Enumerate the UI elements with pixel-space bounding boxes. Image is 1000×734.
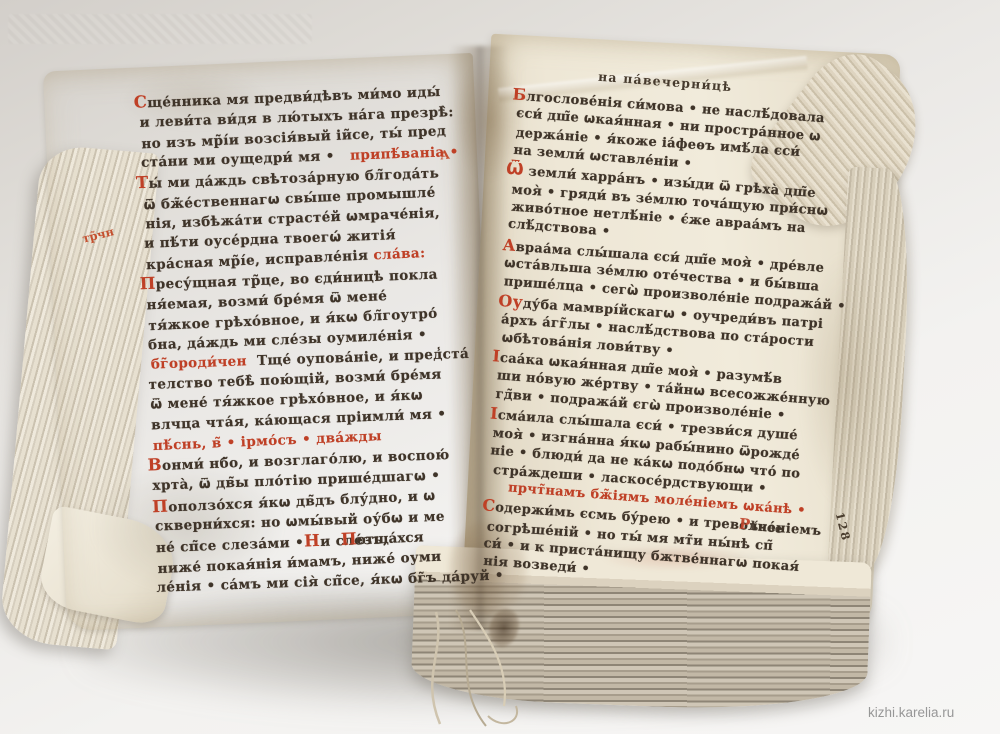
binding-threads — [398, 606, 618, 732]
manuscript-line: Потща́хся — [346, 526, 424, 548]
photo-open-manuscript-book: Сще́нника мя предви́дѣвъ ми́мо иды́и лев… — [0, 0, 1000, 734]
rubric-text: Ѿ — [506, 158, 525, 178]
rubric-text: Оу — [498, 291, 524, 312]
rubric-text: С — [133, 92, 147, 112]
rubric-text: Б — [512, 84, 527, 104]
rubric-text: Т — [136, 173, 149, 192]
left-page-text: Сще́нника мя предви́дѣвъ ми́мо иды́и лев… — [138, 80, 491, 598]
faint-watermark-top-left — [8, 14, 312, 44]
rubric-text: бг̃ороди́чен — [151, 353, 248, 372]
ink-text: отща́хся — [356, 529, 424, 548]
site-watermark: kizhi.karelia.ru — [868, 705, 954, 720]
rubric-text: П — [139, 274, 156, 294]
catchword-left-page: Потща́хся — [346, 526, 424, 548]
right-page-text: Блгослове́нія си́мова • не наслѣ́довалає… — [483, 86, 870, 598]
margin-rubric-mark: А — [439, 148, 450, 163]
rubric-text: сла́ва: — [373, 245, 426, 263]
rubric-text: П — [152, 497, 169, 517]
rubric-text: Н — [304, 531, 321, 551]
rubric-text: В — [147, 455, 162, 475]
ink-text: ѣ́кое — [749, 519, 783, 536]
rubric-text: П — [341, 529, 357, 549]
